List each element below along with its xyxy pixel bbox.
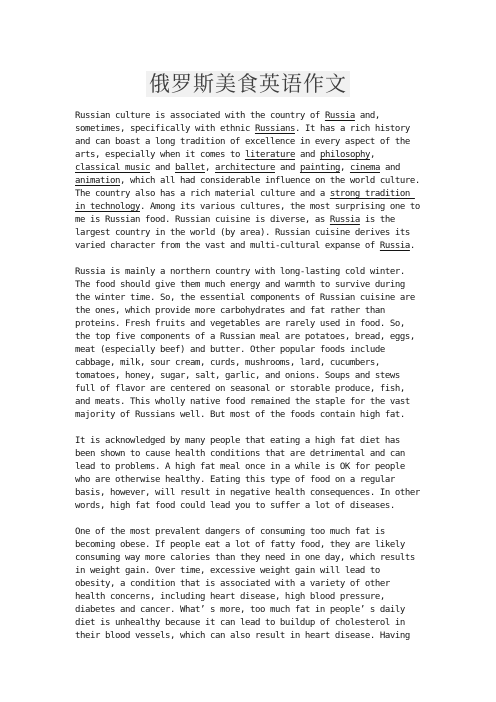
text-line: the top five components of a Russian mea… [75,331,425,344]
underlined-text: classical music [75,163,150,173]
text-segment: obesity, a condition that is associated … [75,579,390,589]
text-segment: the ones, which provide more carbohydrat… [75,306,385,316]
text-line: full of flavor are centered on seasonal … [75,383,425,396]
text-line: arts, especially when it comes to litera… [75,149,425,162]
text-segment: words, high fat food could lead you to s… [75,501,395,511]
text-line: diabetes and cancer. What’ s more, too m… [75,604,425,617]
text-segment: and meats. This wholly native food remai… [75,397,410,407]
text-line: who are otherwise healthy. Eating this t… [75,474,425,487]
text-line: been shown to cause health conditions th… [75,448,425,461]
text-segment: lead to problems. A high fat meal once i… [75,462,405,472]
text-line: Russia is mainly a northern country with… [75,266,425,279]
text-segment: Russian culture is associated with the c… [75,111,325,121]
text-segment: tomatoes, honey, sugar, salt, garlic, an… [75,371,400,381]
text-segment: . Among its various cultures, the most s… [140,202,420,212]
underlined-text: Russia [380,241,410,251]
text-line: their blood vessels, which can also resu… [75,630,425,643]
text-line: One of the most prevalent dangers of con… [75,526,425,539]
paragraph: Russia is mainly a northern country with… [75,266,425,422]
text-segment: varied character from the vast and multi… [75,241,380,251]
text-line: obesity, a condition that is associated … [75,578,425,591]
text-line: varied character from the vast and multi… [75,240,425,253]
text-segment: The food should give them much energy an… [75,280,405,290]
text-line: health concerns, including heart disease… [75,591,425,604]
document-body: Russian culture is associated with the c… [75,110,425,656]
text-line: It is acknowledged by many people that e… [75,435,425,448]
text-line: largest country in the world (by area). … [75,227,425,240]
text-line: tomatoes, honey, sugar, salt, garlic, an… [75,370,425,383]
text-line: The country also has a rich material cul… [75,188,425,201]
underlined-text: animation [75,176,120,186]
text-segment: . It has a rich history [295,124,410,134]
text-segment: the winter time. So, the essential compo… [75,293,415,303]
text-line: the ones, which provide more carbohydrat… [75,305,425,318]
text-segment: , which all had considerable influence o… [120,176,420,186]
text-line: classical music and ballet, architecture… [75,162,425,175]
underlined-text: Russia [325,111,355,121]
text-segment: and [380,163,400,173]
text-line: basis, however, will result in negative … [75,487,425,500]
text-line: sometimes, specifically with ethnic Russ… [75,123,425,136]
text-segment: The country also has a rich material cul… [75,189,330,199]
text-segment: diet is unhealthy because it can lead to… [75,618,405,628]
text-segment: basis, however, will result in negative … [75,488,420,498]
underlined-text: Russia [330,215,360,225]
text-segment: sometimes, specifically with ethnic [75,124,255,134]
underlined-text: Russians [255,124,295,134]
text-line: words, high fat food could lead you to s… [75,500,425,513]
paragraph: It is acknowledged by many people that e… [75,435,425,513]
text-segment: arts, especially when it comes to [75,150,245,160]
underlined-text: cinema [350,163,380,173]
text-line: me is Russian food. Russian cuisine is d… [75,214,425,227]
underlined-text: architecture [215,163,275,173]
text-segment: and [275,163,300,173]
text-segment: and, [355,111,380,121]
text-segment: in weight gain. Over time, excessive wei… [75,566,380,576]
text-segment: full of flavor are centered on seasonal … [75,384,405,394]
text-segment: diabetes and cancer. What’ s more, too m… [75,605,405,615]
text-line: majority of Russians well. But most of t… [75,409,425,422]
text-segment: majority of Russians well. But most of t… [75,410,405,420]
text-line: proteins. Fresh fruits and vegetables ar… [75,318,425,331]
text-segment: consuming way more calories than they ne… [75,553,415,563]
text-line: diet is unhealthy because it can lead to… [75,617,425,630]
text-segment: proteins. Fresh fruits and vegetables ar… [75,319,405,329]
text-segment: me is Russian food. Russian cuisine is d… [75,215,330,225]
underlined-text: philosophy [320,150,370,160]
underlined-text: literature [245,150,295,160]
paragraph: One of the most prevalent dangers of con… [75,526,425,643]
paragraph: Russian culture is associated with the c… [75,110,425,253]
text-line: meat (especially beef) and butter. Other… [75,344,425,357]
text-segment: It is acknowledged by many people that e… [75,436,400,446]
text-line: The food should give them much energy an… [75,279,425,292]
text-segment: health concerns, including heart disease… [75,592,385,602]
text-segment: cabbage, milk, sour cream, curds, mushro… [75,358,380,368]
text-line: cabbage, milk, sour cream, curds, mushro… [75,357,425,370]
text-segment: is the [360,215,395,225]
text-segment: their blood vessels, which can also resu… [75,631,410,641]
text-line: and can boast a long tradition of excell… [75,136,425,149]
text-segment: largest country in the world (by area). … [75,228,410,238]
text-segment: , [340,163,350,173]
text-segment: the top five components of a Russian mea… [75,332,415,342]
text-line: in technology. Among its various culture… [75,201,425,214]
page-title: 俄罗斯美食英语作文 [0,61,496,99]
text-line: becoming obese. If people eat a lot of f… [75,539,425,552]
text-line: in weight gain. Over time, excessive wei… [75,565,425,578]
page-title-text: 俄罗斯美食英语作文 [146,71,350,97]
text-line: animation, which all had considerable in… [75,175,425,188]
text-segment: who are otherwise healthy. Eating this t… [75,475,395,485]
underlined-text: painting [300,163,340,173]
text-line: lead to problems. A high fat meal once i… [75,461,425,474]
text-line: and meats. This wholly native food remai… [75,396,425,409]
text-line: consuming way more calories than they ne… [75,552,425,565]
text-segment: meat (especially beef) and butter. Other… [75,345,385,355]
text-segment: and can boast a long tradition of excell… [75,137,410,147]
text-segment: been shown to cause health conditions th… [75,449,405,459]
underlined-text: in technology [75,202,140,212]
text-segment: becoming obese. If people eat a lot of f… [75,540,405,550]
text-segment: and [150,163,175,173]
text-line: the winter time. So, the essential compo… [75,292,425,305]
text-line: Russian culture is associated with the c… [75,110,425,123]
text-segment: One of the most prevalent dangers of con… [75,527,385,537]
underlined-text: strong tradition [330,189,415,199]
text-segment: . [410,241,415,251]
text-segment: , [370,150,375,160]
underlined-text: ballet [175,163,205,173]
text-segment: and [295,150,320,160]
text-segment: , [205,163,215,173]
text-segment: Russia is mainly a northern country with… [75,267,405,277]
document-page: 俄罗斯美食英语作文 Russian culture is associated … [0,0,496,702]
